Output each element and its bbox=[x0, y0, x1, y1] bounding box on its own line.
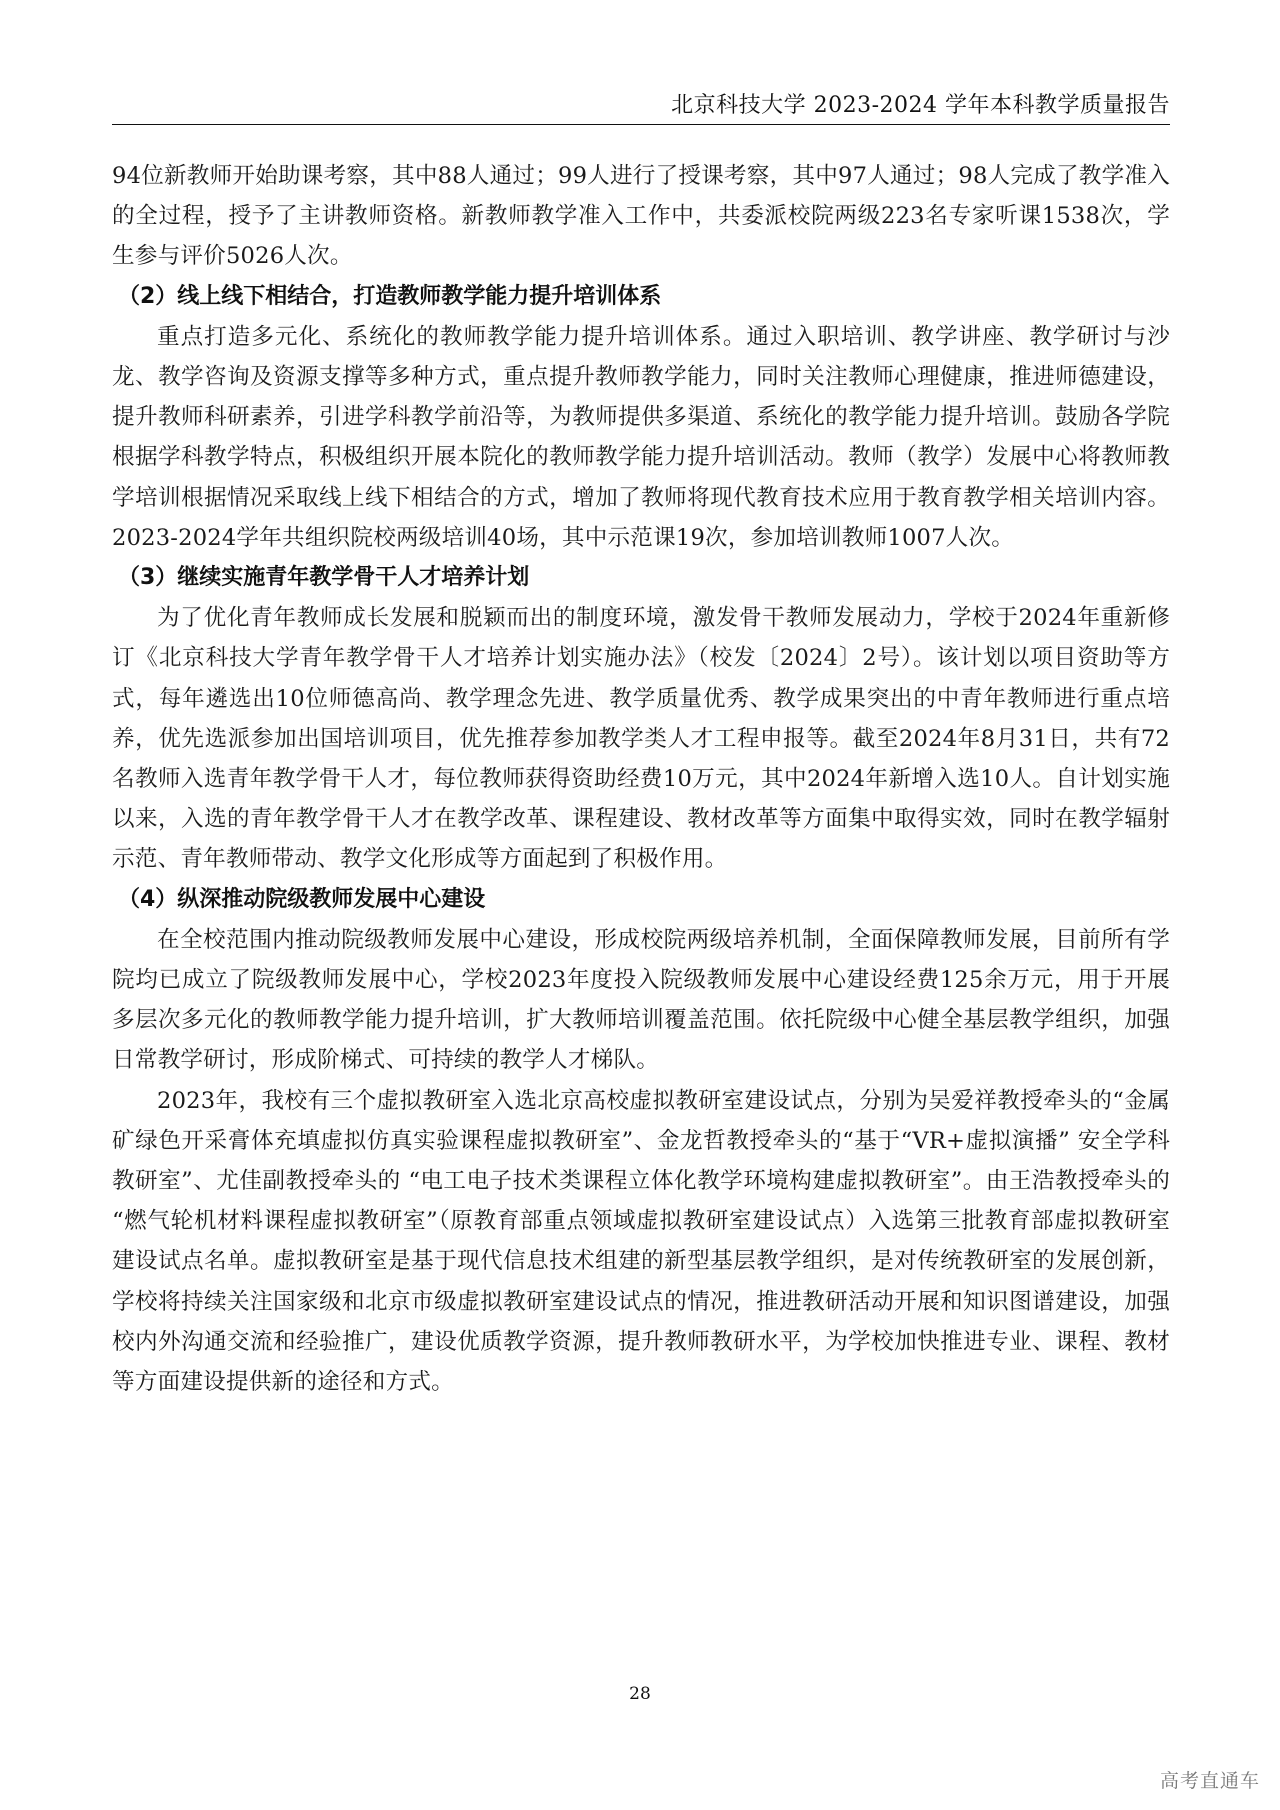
header-title: 北京科技大学 2023-2024 学年本科教学质量报告 bbox=[671, 88, 1170, 119]
page-number: 28 bbox=[0, 1684, 1280, 1704]
watermark: 高考直通车 bbox=[1160, 1766, 1260, 1793]
intro-paragraph: 94位新教师开始助课考察，其中88人通过；99人进行了授课考察，其中97人通过；… bbox=[112, 156, 1170, 277]
section-2-paragraph: 重点打造多元化、系统化的教师教学能力提升培训体系。通过入职培训、教学讲座、教学研… bbox=[112, 317, 1170, 558]
section-4-paragraph-2: 2023年，我校有三个虚拟教研室入选北京高校虚拟教研室建设试点，分别为吴爱祥教授… bbox=[112, 1081, 1170, 1403]
page-header: 北京科技大学 2023-2024 学年本科教学质量报告 bbox=[112, 84, 1170, 125]
section-4-heading: （4）纵深推动院级教师发展中心建设 bbox=[112, 880, 1170, 920]
section-2-heading: （2）线上线下相结合，打造教师教学能力提升培训体系 bbox=[112, 277, 1170, 317]
section-3-heading: （3）继续实施青年教学骨干人才培养计划 bbox=[112, 558, 1170, 598]
section-4-paragraph-1: 在全校范围内推动院级教师发展中心建设，形成校院两级培养机制，全面保障教师发展，目… bbox=[112, 920, 1170, 1081]
document-body: 94位新教师开始助课考察，其中88人通过；99人进行了授课考察，其中97人通过；… bbox=[112, 156, 1170, 1402]
section-3-paragraph: 为了优化青年教师成长发展和脱颖而出的制度环境，激发骨干教师发展动力，学校于202… bbox=[112, 598, 1170, 879]
